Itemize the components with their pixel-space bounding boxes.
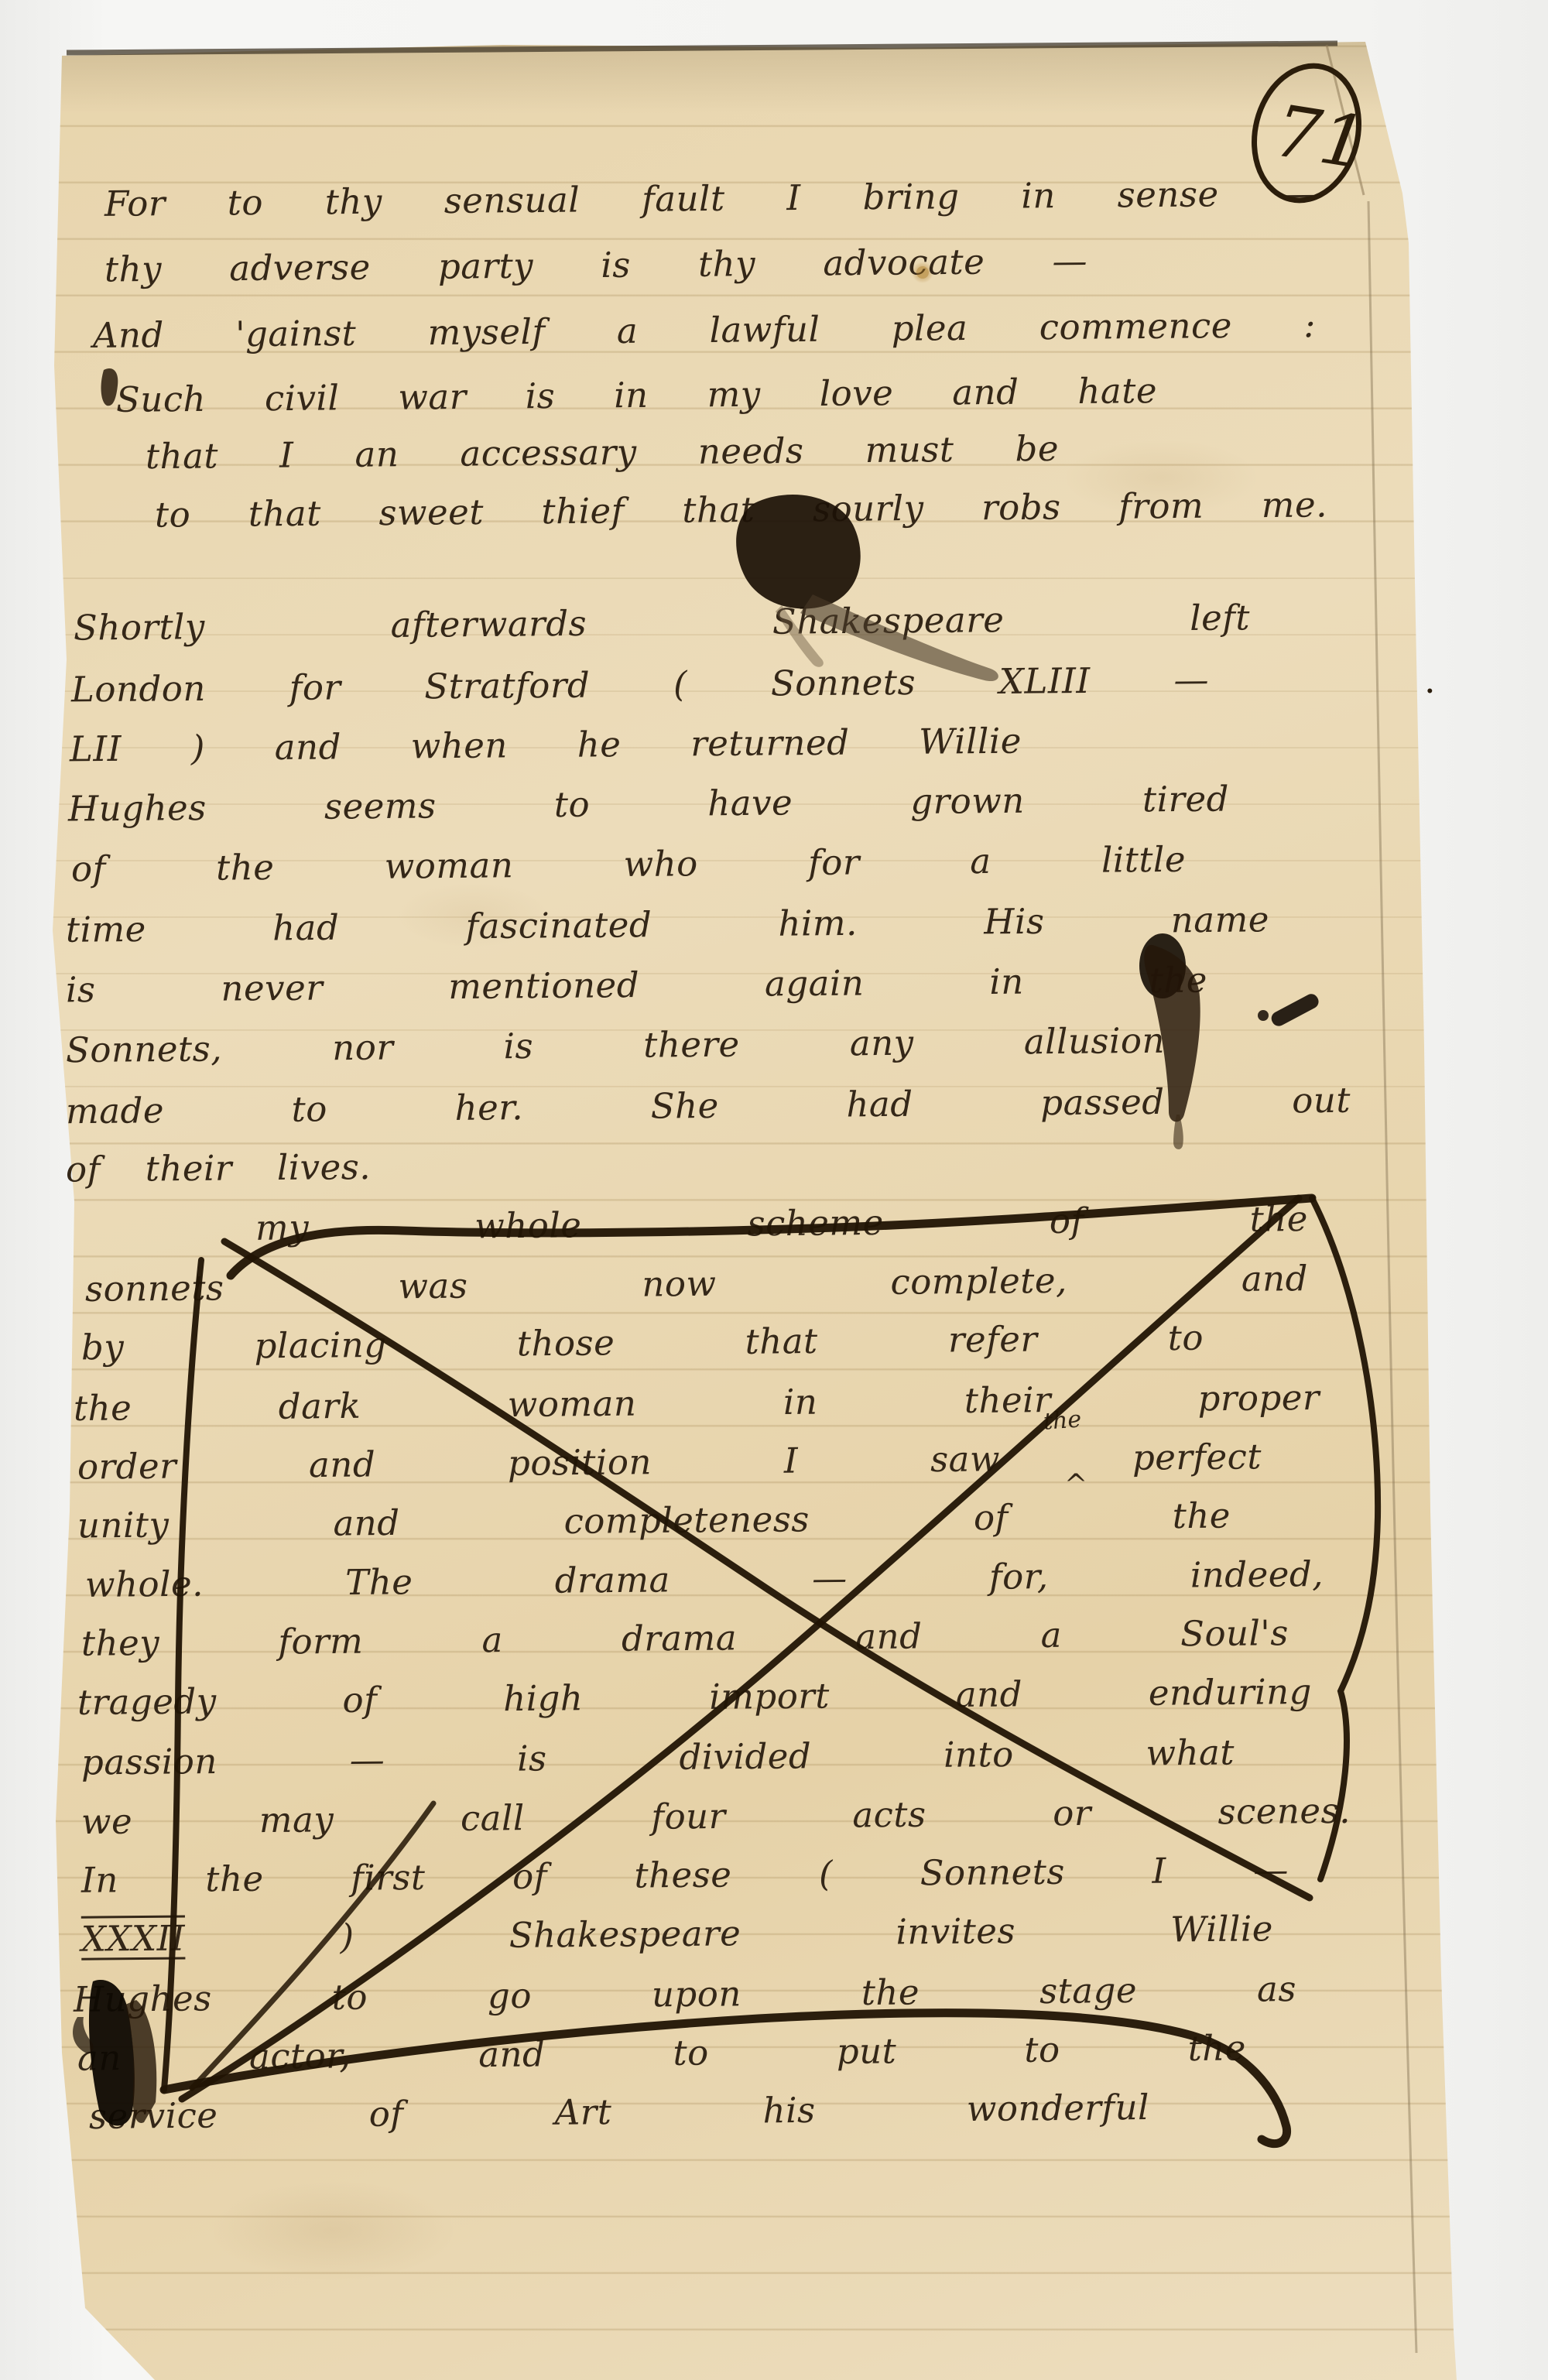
handwritten-word: plea — [892, 309, 968, 348]
handwritten-word: London — [71, 669, 206, 709]
crossed-line: unityandcompletenessofthe — [77, 1496, 1231, 1545]
stray-period: . — [1424, 659, 1436, 701]
handwritten-word: left — [1190, 598, 1250, 637]
handwritten-word: into — [944, 1735, 1014, 1774]
handwritten-word: — — [1173, 661, 1209, 700]
body-line: ShortlyafterwardsShakespeareleft — [74, 598, 1250, 647]
handwritten-word: of — [974, 1498, 1009, 1537]
handwritten-word: acts — [852, 1796, 926, 1834]
handwritten-word: whole. — [85, 1565, 204, 1604]
handwritten-word: to — [673, 2033, 709, 2072]
handwritten-word: and — [1241, 1259, 1309, 1298]
handwritten-word: Art — [555, 2093, 612, 2132]
quote-line: Suchcivilwarisinmyloveandhate — [116, 372, 1157, 419]
handwritten-word: seems — [324, 786, 437, 826]
handwritten-word: I — [784, 1442, 799, 1481]
handwritten-word: For — [104, 184, 166, 223]
word: invites — [896, 1912, 1015, 1951]
handwritten-word: to — [554, 786, 591, 824]
handwritten-word: now — [642, 1265, 717, 1303]
crossed-line: sonnetswasnowcomplete,and — [85, 1259, 1308, 1308]
handwritten-word: indeed, — [1190, 1555, 1324, 1594]
handwritten-word: a — [617, 312, 639, 351]
handwritten-word: little — [1101, 841, 1186, 879]
handwritten-word: to — [1168, 1319, 1204, 1358]
body-line: oftheirlives. — [66, 1147, 499, 1189]
handwritten-word: sweet — [378, 493, 484, 533]
handwritten-word: I — [279, 436, 294, 474]
handwritten-word: woman — [384, 846, 513, 885]
handwritten-word: — — [1052, 241, 1087, 280]
crossed-line: Hughestogouponthestageas — [74, 1970, 1296, 2019]
handwritten-word: needs — [698, 432, 804, 471]
handwritten-word: enduring — [1149, 1673, 1313, 1712]
handwritten-word: divided — [679, 1737, 811, 1776]
handwritten-word: me. — [1262, 485, 1328, 524]
handwritten-word: — — [1253, 1851, 1289, 1889]
handwritten-word: when — [411, 726, 509, 765]
handwritten-word: any — [850, 1024, 914, 1063]
handwritten-word: drama — [622, 1618, 738, 1658]
body-line: ofthewomanwhoforalittle — [71, 841, 1186, 889]
quote-line: tothatsweetthiefthatsourlyrobsfromme. — [155, 485, 1327, 534]
handwritten-word: for — [289, 668, 341, 707]
handwritten-word: Shortly — [74, 608, 205, 647]
handwritten-word: the — [1187, 2029, 1246, 2067]
handwritten-word: an — [77, 2039, 122, 2077]
handwritten-word: war — [398, 378, 467, 416]
word: Shakespeare — [509, 1914, 741, 1954]
handwritten-word: thief — [541, 491, 625, 530]
handwritten-word: import — [709, 1676, 830, 1716]
quote-line: And'gainstmyselfalawfulpleacommence: — [93, 306, 1316, 354]
quote-line: thyadversepartyisthyadvocate— — [104, 241, 1087, 289]
handwritten-word: Such — [116, 380, 206, 419]
handwritten-word: dark — [279, 1387, 361, 1426]
crossed-line: mywholeschemeofthe — [255, 1200, 1308, 1247]
handwritten-word: order — [77, 1447, 176, 1487]
crossed-line: passion—isdividedintowhat — [81, 1733, 1235, 1782]
handwritten-word: commence — [1039, 306, 1233, 347]
handwritten-word: Hughes — [74, 1979, 212, 2019]
handwritten-word: I — [1152, 1852, 1166, 1891]
handwritten-word: complete, — [890, 1262, 1067, 1301]
handwritten-word: unity — [77, 1505, 170, 1545]
handwritten-word: first — [351, 1858, 426, 1897]
handwritten-word: In — [81, 1861, 118, 1899]
handwritten-word: returned — [690, 724, 850, 763]
handwritten-word: scheme — [747, 1204, 884, 1243]
handwritten-word: we — [81, 1803, 133, 1841]
handwritten-word: robs — [981, 488, 1061, 526]
handwritten-word: never — [221, 969, 323, 1009]
handwritten-word: and — [956, 1675, 1023, 1714]
handwritten-word: to — [291, 1090, 327, 1128]
handwritten-word: made — [66, 1091, 164, 1131]
handwritten-word: Willie — [919, 722, 1022, 762]
handwritten-word: afterwards — [390, 604, 587, 645]
sonnet-ref-overlined: XXXII — [81, 1919, 186, 1959]
handwritten-word: of — [71, 850, 106, 889]
handwritten-word: the — [74, 1389, 132, 1427]
handwritten-word: to — [228, 183, 264, 222]
handwritten-word: to — [1024, 2031, 1060, 2070]
handwritten-word: the — [1250, 1200, 1309, 1238]
handwritten-word: their — [146, 1149, 233, 1188]
handwritten-word: that — [745, 1322, 817, 1361]
handwritten-word: scenes. — [1218, 1792, 1351, 1831]
handwritten-word: Sonnets — [771, 663, 916, 703]
handwritten-word: there — [643, 1026, 740, 1065]
handwritten-word: those — [517, 1324, 615, 1363]
handwritten-word: thy — [104, 250, 162, 289]
handwritten-word: to — [155, 495, 191, 534]
handwritten-word: had — [272, 909, 340, 947]
handwritten-word: his — [762, 2091, 815, 2130]
handwritten-word: her. — [454, 1088, 523, 1127]
handwritten-word: — — [349, 1741, 385, 1779]
body-line: LII)andwhenhereturnedWillie — [70, 722, 1022, 769]
word: Willie — [1170, 1909, 1273, 1949]
handwritten-word: the — [216, 848, 275, 887]
crossed-line: whole.Thedrama—for,indeed, — [85, 1555, 1324, 1604]
body-line: Hughesseemstohavegrowntired — [68, 779, 1229, 828]
crossed-line: byplacingthosethatreferto — [81, 1319, 1204, 1367]
handwritten-word: service — [89, 2097, 218, 2136]
handwritten-word: And — [93, 316, 164, 354]
handwritten-word: saw — [930, 1440, 1000, 1478]
handwritten-word: myself — [427, 313, 545, 352]
handwritten-word: is — [503, 1027, 533, 1066]
handwritten-word: allusion — [1024, 1022, 1166, 1061]
handwritten-word: passion — [81, 1742, 217, 1782]
handwritten-word: out — [1292, 1081, 1351, 1120]
handwritten-word: wonderful — [967, 2088, 1150, 2128]
handwritten-word: stage — [1039, 1971, 1137, 2011]
handwritten-word: adverse — [229, 248, 371, 288]
handwritten-word: and — [855, 1617, 923, 1656]
handwritten-word: of — [66, 1150, 101, 1189]
handwritten-word: grown — [910, 782, 1025, 821]
handwritten-word: was — [398, 1267, 467, 1306]
crossed-line: anactor,andtoputtothe — [77, 2029, 1246, 2077]
handwritten-word: whole — [474, 1206, 582, 1245]
handwritten-word: : — [1303, 306, 1316, 344]
handwritten-word: nor — [332, 1029, 394, 1067]
handwritten-word: a — [970, 842, 991, 881]
handwritten-word: refer — [948, 1320, 1038, 1360]
handwritten-word: a — [481, 1621, 503, 1659]
handwritten-word: position — [508, 1443, 652, 1482]
body-line: timehadfascinatedhim.Hisname — [66, 900, 1269, 949]
handwritten-word: him. — [778, 904, 858, 943]
handwritten-word: Stratford — [424, 666, 590, 706]
handwritten-word: placing — [254, 1326, 386, 1365]
handwritten-word: LII — [70, 730, 122, 769]
handwritten-word: — — [812, 1559, 848, 1598]
crossed-line: theyformadramaandaSoul's — [81, 1614, 1289, 1663]
handwritten-word: is — [526, 377, 556, 416]
handwritten-word: the — [205, 1860, 264, 1899]
handwritten-word: again — [765, 964, 865, 1003]
handwritten-word: XLIII — [999, 662, 1091, 701]
handwritten-word: 'gainst — [235, 314, 356, 354]
handwritten-word: of — [1050, 1202, 1084, 1241]
handwritten-word: form — [278, 1622, 363, 1661]
handwritten-word: accessary — [460, 433, 637, 473]
handwritten-word: advocate — [823, 243, 985, 283]
handwritten-word: — — [1280, 174, 1316, 213]
handwritten-word: Soul's — [1180, 1614, 1289, 1653]
handwritten-word: that — [682, 491, 755, 529]
handwritten-word: Sonnets, — [66, 1029, 222, 1069]
quote-line: thatIanaccessaryneedsmustbe — [146, 430, 1059, 476]
handwritten-word: thy — [698, 245, 755, 283]
handwritten-word: completeness — [563, 1500, 810, 1540]
closing-paren: ) — [340, 1918, 354, 1957]
handwritten-word: ( — [819, 1854, 833, 1893]
handwritten-word: sonnets — [85, 1269, 224, 1308]
handwritten-word: for, — [989, 1557, 1049, 1596]
handwritten-word: ( — [673, 665, 687, 704]
handwritten-word: She — [651, 1087, 719, 1125]
handwritten-word: four — [651, 1797, 726, 1836]
handwritten-word: woman — [508, 1385, 637, 1424]
scanned-manuscript-page: { "document": { "kind": "handwritten man… — [0, 0, 1548, 2380]
handwritten-word: call — [461, 1799, 525, 1837]
handwritten-word: The — [345, 1563, 413, 1601]
handwritten-word: or — [1053, 1794, 1091, 1833]
handwritten-word: in — [783, 1383, 818, 1422]
handwritten-word: ) — [191, 729, 205, 768]
handwritten-word: passed — [1040, 1083, 1165, 1122]
handwritten-word: fault — [642, 180, 725, 218]
handwritten-word: their — [964, 1381, 1052, 1419]
handwritten-word: time — [66, 910, 146, 949]
handwritten-word: lives. — [277, 1148, 372, 1187]
handwritten-word: Shakespeare — [772, 601, 1005, 641]
handwritten-word: of — [342, 1681, 377, 1720]
handwritten-word: of — [368, 2094, 403, 2133]
handwritten-word: perfect — [1132, 1437, 1262, 1477]
handwritten-word: love — [820, 374, 894, 413]
caret-mark: ^ — [1064, 1469, 1087, 1501]
handwritten-word: my — [707, 375, 761, 414]
handwritten-word: they — [81, 1624, 160, 1663]
body-line: Sonnets,noristhereanyallusion — [66, 1022, 1165, 1070]
handwritten-word: what — [1146, 1733, 1235, 1772]
handwritten-word: from — [1118, 487, 1204, 526]
handwritten-word: tired — [1142, 779, 1229, 818]
handwritten-word: and — [275, 728, 342, 766]
handwritten-word: fascinated — [465, 906, 652, 946]
handwritten-word: go — [488, 1977, 532, 2015]
handwritten-word: that — [248, 495, 321, 533]
handwritten-word: these — [634, 1855, 731, 1895]
handwritten-word: in — [989, 963, 1024, 1002]
handwritten-word: in — [614, 376, 649, 415]
handwritten-word: a — [1040, 1616, 1062, 1655]
crossed-line: tragedyofhighimportandenduring — [77, 1673, 1312, 1721]
handwritten-word: had — [846, 1085, 913, 1124]
crossed-line: wemaycallfouractsorscenes. — [81, 1792, 1351, 1841]
body-line: LondonforStratford(SonnetsXLIII— — [71, 661, 1209, 709]
body-line: isnevermentionedagaininthe — [66, 961, 1207, 1009]
handwritten-word: sensual — [444, 180, 580, 220]
crossed-line: thedarkwomanintheirproper — [74, 1378, 1320, 1428]
handwritten-word: thy — [325, 183, 382, 221]
handwritten-word: as — [1257, 1970, 1296, 2008]
handwritten-word: my — [255, 1208, 310, 1247]
handwritten-word: have — [707, 783, 793, 822]
handwritten-word: His — [984, 902, 1045, 941]
handwritten-word: Sonnets — [920, 1853, 1065, 1892]
handwritten-word: bring — [862, 177, 959, 217]
handwritten-word: I — [786, 179, 801, 217]
handwritten-word: sense — [1117, 175, 1218, 214]
handwritten-word: lawful — [709, 310, 820, 350]
handwritten-word: who — [623, 844, 698, 883]
handwritten-word: upon — [652, 1974, 741, 2014]
handwritten-word: name — [1171, 900, 1270, 940]
handwritten-word: is — [66, 971, 96, 1009]
caret-insert-word: the — [1043, 1406, 1082, 1435]
handwritten-word: an — [354, 435, 399, 474]
body-line: madetoher.Shehadpassedout — [66, 1081, 1351, 1131]
handwritten-word: to — [332, 1978, 368, 2017]
quote-line: FortothysensualfaultIbringinsense— — [104, 174, 1316, 223]
handwritten-word: and — [952, 373, 1019, 412]
crossed-line: serviceofArthiswonderful — [89, 2088, 1149, 2135]
handwritten-word: is — [601, 246, 631, 285]
handwritten-word: proper — [1197, 1378, 1320, 1418]
handwritten-word: sourly — [813, 489, 924, 529]
handwritten-word: for — [808, 843, 860, 882]
crossed-line-sonnet-ref: XXXII ) Shakespeare invites Willie — [81, 1909, 1273, 1958]
handwritten-word: must — [865, 430, 954, 470]
handwritten-word: be — [1015, 430, 1059, 468]
handwritten-word: the — [1149, 961, 1208, 1000]
handwritten-word: put — [837, 2032, 897, 2070]
handwriting-layer: FortothysensualfaultIbringinsense— thyad… — [0, 0, 1548, 2380]
handwritten-word: and — [478, 2035, 546, 2074]
handwritten-word: civil — [265, 378, 340, 417]
handwritten-word: tragedy — [77, 1682, 217, 1721]
crossed-line: Inthefirstofthese(SonnetsI— — [81, 1851, 1289, 1899]
handwritten-word: hate — [1077, 372, 1157, 410]
handwritten-word: actor, — [249, 2037, 351, 2077]
handwritten-word: of — [512, 1858, 547, 1896]
handwritten-word: that — [146, 437, 218, 475]
handwritten-word: in — [1021, 176, 1056, 215]
handwritten-word: is — [517, 1739, 547, 1778]
handwritten-word: and — [309, 1445, 376, 1484]
handwritten-word: may — [259, 1800, 334, 1839]
handwritten-word: mentioned — [448, 966, 639, 1006]
handwritten-word: Hughes — [68, 789, 207, 828]
handwritten-word: high — [503, 1679, 584, 1717]
handwritten-word: party — [438, 247, 534, 286]
handwritten-word: and — [333, 1504, 400, 1543]
handwritten-word: the — [1173, 1497, 1231, 1536]
handwritten-word: drama — [554, 1560, 670, 1600]
handwritten-word: the — [861, 1973, 920, 2012]
handwritten-word: he — [577, 725, 622, 764]
handwritten-word: by — [81, 1328, 125, 1367]
